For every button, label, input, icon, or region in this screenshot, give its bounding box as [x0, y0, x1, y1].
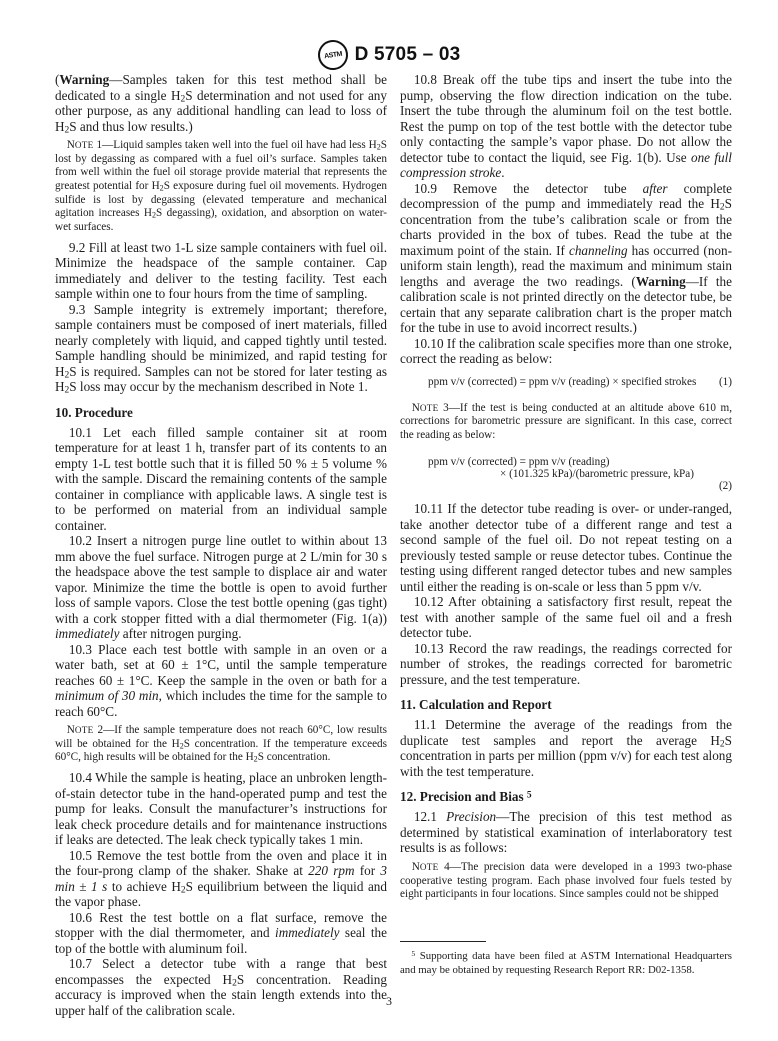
paragraph: 10.9 Remove the detector tube after comp… — [400, 181, 732, 336]
equation-number: (1) — [719, 376, 732, 388]
equation: ppm v/v (corrected) = ppm v/v (reading)×… — [400, 456, 732, 492]
paragraph: 11.1 Determine the average of the readin… — [400, 717, 732, 779]
paragraph: 10.6 Rest the test bottle on a flat surf… — [55, 910, 387, 957]
paragraph: 10.3 Place each test bottle with sample … — [55, 642, 387, 720]
document-page: ASTM D 5705 – 03 (Warning—Samples taken … — [0, 0, 778, 1041]
equation-number: (2) — [400, 480, 732, 492]
paragraph: 10.10 If the calibration scale specifies… — [400, 336, 732, 367]
equation-text: ppm v/v (corrected) = ppm v/v (reading) — [400, 456, 732, 468]
section-heading: 10. Procedure — [55, 405, 387, 421]
equation: ppm v/v (corrected) = ppm v/v (reading) … — [400, 376, 732, 388]
left-column: (Warning—Samples taken for this test met… — [55, 72, 387, 977]
paragraph: 10.8 Break off the tube tips and insert … — [400, 72, 732, 181]
page-header: ASTM D 5705 – 03 — [0, 40, 778, 70]
paragraph: 12.1 Precision—The precision of this tes… — [400, 809, 732, 856]
paragraph: 10.4 While the sample is heating, place … — [55, 770, 387, 848]
right-column: 10.8 Break off the tube tips and insert … — [400, 72, 732, 977]
footnote: 5 Supporting data have been filed at AST… — [400, 941, 732, 977]
equation-text: × (101.325 kPa)/(barometric pressure, kP… — [400, 468, 732, 480]
note: NOTE 1—Liquid samples taken well into th… — [55, 139, 387, 235]
paragraph: 10.1 Let each filled sample container si… — [55, 425, 387, 534]
note: NOTE 3—If the test is being conducted at… — [400, 402, 732, 443]
two-column-content: (Warning—Samples taken for this test met… — [55, 72, 732, 977]
section-heading: 11. Calculation and Report — [400, 697, 732, 713]
paragraph: 9.3 Sample integrity is extremely import… — [55, 302, 387, 395]
section-heading: 12. Precision and Bias 5 — [400, 789, 732, 805]
paragraph: 10.11 If the detector tube reading is ov… — [400, 501, 732, 594]
astm-logo-icon: ASTM — [316, 38, 350, 72]
note: NOTE 4—The precision data were developed… — [400, 861, 732, 902]
paragraph: 10.5 Remove the test bottle from the ove… — [55, 848, 387, 910]
equation-text: ppm v/v (corrected) = ppm v/v (reading) … — [400, 376, 696, 388]
note: NOTE 2—If the sample temperature does no… — [55, 724, 387, 765]
document-designation: D 5705 – 03 — [355, 44, 461, 66]
paragraph: (Warning—Samples taken for this test met… — [55, 72, 387, 134]
paragraph: 10.12 After obtaining a satisfactory fir… — [400, 594, 732, 641]
page-number: 3 — [386, 994, 392, 1008]
paragraph: 10.13 Record the raw readings, the readi… — [400, 641, 732, 688]
footnote-separator — [400, 941, 486, 942]
footnote-text: 5 Supporting data have been filed at AST… — [400, 949, 732, 977]
paragraph: 9.2 Fill at least two 1-L size sample co… — [55, 240, 387, 302]
paragraph: 10.2 Insert a nitrogen purge line outlet… — [55, 533, 387, 642]
page-footer: 3 — [0, 994, 778, 1009]
